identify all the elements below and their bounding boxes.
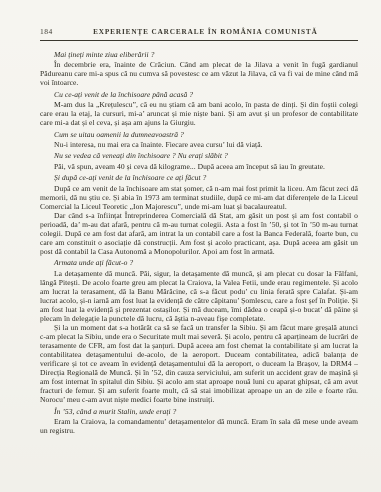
question-paragraph: Și după ce-ați venit de la închisoare ce… [40,173,358,182]
answer-paragraph: M-am dus la „Krețulescu”, că eu nu știam… [40,100,358,127]
question-paragraph: Nu se vedea că veneați din închisoare ? … [40,151,358,160]
question-paragraph: Mai țineți minte ziua eliberării ? [40,50,358,59]
book-page: 184 EXPERIENȚE CARCERALE ÎN ROMÂNIA COMU… [0,0,381,492]
answer-paragraph: Eram la Craiova, la comandamentu’ detașa… [40,417,358,435]
question-paragraph: Cum se uitau oamenii la dumneavoastră ? [40,130,358,139]
running-title: EXPERIENȚE CARCERALE ÎN ROMÂNIA COMUNIST… [53,28,358,36]
page-number: 184 [40,27,53,36]
answer-paragraph: În decembrie era, înainte de Crăciun. Câ… [40,60,358,87]
answer-paragraph: La detașamente dă muncă. Păi, sigur, la … [40,269,358,323]
answer-paragraph: Păi, vă spun, aveam 40 și ceva dă kilogr… [40,162,358,171]
question-paragraph: Armata unde ați făcut-o ? [40,258,358,267]
page-body-text: Mai țineți minte ziua eliberării ? În de… [40,47,358,435]
answer-paragraph: Și la un moment dat s-a hotărât ca să se… [40,323,358,404]
question-paragraph: În ’53, când a murit Stalin, unde erați … [40,407,358,416]
answer-paragraph: Dar când s-a înființat Întreprinderea Co… [40,211,358,256]
answer-paragraph: Nu-i interesa, nu mai era ca înainte. Fi… [40,140,358,149]
answer-paragraph: După ce am venit de la închisoare am sta… [40,184,358,211]
header-rule [40,40,358,41]
question-paragraph: Cu ce-ați venit de la închisoare până ac… [40,90,358,99]
running-header: 184 EXPERIENȚE CARCERALE ÎN ROMÂNIA COMU… [40,27,358,39]
